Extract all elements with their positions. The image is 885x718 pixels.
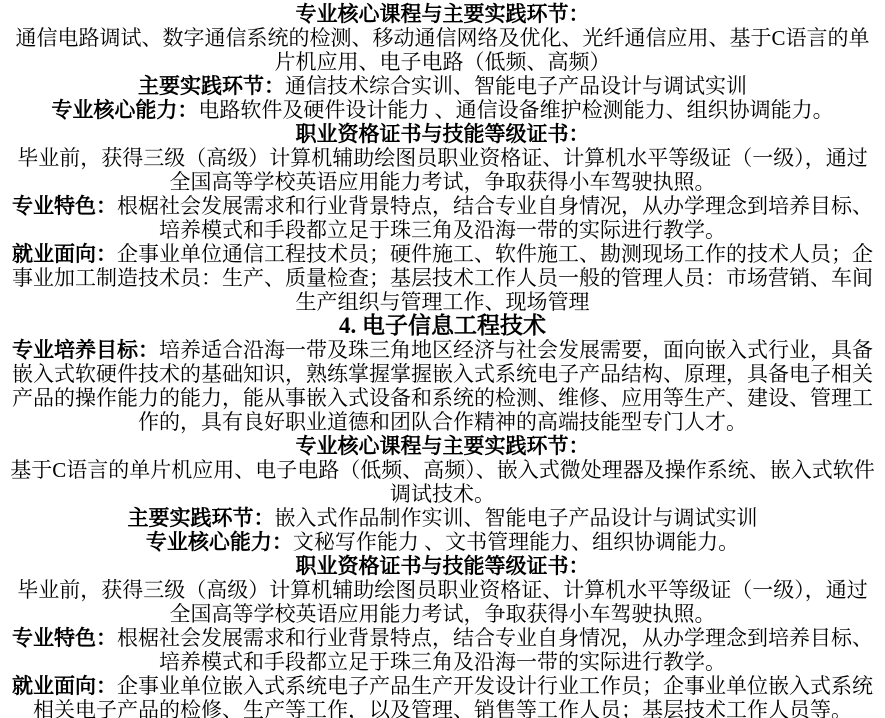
bold-label: 就业面向： bbox=[12, 674, 117, 698]
paragraph-core-abilities-1: 专业核心能力：电路软件及硬件设计能力 、通信设备维护检测能力、组织协调能力。 bbox=[7, 98, 878, 122]
paragraph-core-abilities-2: 专业核心能力：文秘写作能力 、文书管理能力、组织协调能力。 bbox=[7, 530, 878, 554]
body-text: 根椐社会发展需求和行业背景特点，结合专业自身情况，从办学理念到培养目标、培养模式… bbox=[117, 626, 873, 674]
body-text: 毕业前，获得三级（高级）计算机辅助绘图员职业资格证、计算机水平等级证（一级），通… bbox=[17, 578, 868, 626]
paragraph-core-courses-heading-1: 专业核心课程与主要实践环节： bbox=[7, 2, 878, 26]
paragraph-core-courses-heading-2: 专业核心课程与主要实践环节： bbox=[7, 434, 878, 458]
bold-label: 专业核心能力： bbox=[51, 98, 198, 122]
document-body: 专业核心课程与主要实践环节：通信电路调试、数字通信系统的检测、移动通信网络及优化… bbox=[0, 0, 885, 718]
bold-label: 职业资格证书与技能等级证书： bbox=[296, 122, 590, 146]
paragraph-practice-links-1: 主要实践环节：通信技术综合实训、智能电子产品设计与调试实训 bbox=[7, 74, 878, 98]
body-text: 通信电路调试、数字通信系统的检测、移动通信网络及优化、光纤通信应用、基于C语言的… bbox=[15, 26, 869, 74]
bold-label: 4. 电子信息工程技术 bbox=[339, 313, 546, 338]
paragraph-core-courses-list-1: 通信电路调试、数字通信系统的检测、移动通信网络及优化、光纤通信应用、基于C语言的… bbox=[7, 26, 878, 74]
bold-label: 专业特色： bbox=[12, 194, 117, 218]
paragraph-employment-2: 就业面向：企事业单位嵌入式系统电子产品生产开发设计行业工作员；企事业单位嵌入式系… bbox=[7, 674, 878, 718]
bold-label: 专业培养目标： bbox=[12, 338, 159, 362]
body-text: 基于C语言的单片机应用、电子电路（低频、高频）、嵌入式微处理器及操作系统、嵌入式… bbox=[10, 458, 875, 506]
body-text: 企事业单位嵌入式系统电子产品生产开发设计行业工作员；企事业单位嵌入式系统相关电子… bbox=[33, 674, 873, 718]
bold-label: 专业核心能力： bbox=[146, 530, 293, 554]
paragraph-certificates-body-1: 毕业前，获得三级（高级）计算机辅助绘图员职业资格证、计算机水平等级证（一级），通… bbox=[7, 146, 878, 194]
bold-label: 专业核心课程与主要实践环节： bbox=[296, 434, 590, 458]
paragraph-training-objectives: 专业培养目标：培养适合沿海一带及珠三角地区经济与社会发展需要，面向嵌入式行业，具… bbox=[7, 338, 878, 434]
body-text: 根椐社会发展需求和行业背景特点，结合专业自身情况，从办学理念到培养目标、培养模式… bbox=[117, 194, 873, 242]
paragraph-features-2: 专业特色：根椐社会发展需求和行业背景特点，结合专业自身情况，从办学理念到培养目标… bbox=[7, 626, 878, 674]
paragraph-practice-links-2: 主要实践环节：嵌入式作品制作实训、智能电子产品设计与调试实训 bbox=[7, 506, 878, 530]
paragraph-employment-1: 就业面向：企事业单位通信工程技术员；硬件施工、软件施工、勘测现场工作的技术人员；… bbox=[7, 242, 878, 314]
paragraph-section-heading-electronic-information: 4. 电子信息工程技术 bbox=[7, 314, 878, 338]
paragraph-certificates-body-2: 毕业前，获得三级（高级）计算机辅助绘图员职业资格证、计算机水平等级证（一级），通… bbox=[7, 578, 878, 626]
body-text: 嵌入式作品制作实训、智能电子产品设计与调试实训 bbox=[275, 506, 758, 530]
body-text: 文秘写作能力 、文书管理能力、组织协调能力。 bbox=[293, 530, 739, 554]
bold-label: 主要实践环节： bbox=[138, 74, 285, 98]
body-text: 电路软件及硬件设计能力 、通信设备维护检测能力、组织协调能力。 bbox=[198, 98, 833, 122]
paragraph-certificates-heading-2: 职业资格证书与技能等级证书： bbox=[7, 554, 878, 578]
bold-label: 职业资格证书与技能等级证书： bbox=[296, 554, 590, 578]
document-page: { "colors": { "background": "#ffffff", "… bbox=[0, 0, 885, 718]
paragraph-certificates-heading-1: 职业资格证书与技能等级证书： bbox=[7, 122, 878, 146]
bold-label: 专业核心课程与主要实践环节： bbox=[296, 2, 590, 26]
body-text: 企事业单位通信工程技术员；硬件施工、软件施工、勘测现场工作的技术人员；企事业加工… bbox=[12, 242, 873, 314]
paragraph-features-1: 专业特色：根椐社会发展需求和行业背景特点，结合专业自身情况，从办学理念到培养目标… bbox=[7, 194, 878, 242]
paragraph-core-courses-list-2: 基于C语言的单片机应用、电子电路（低频、高频）、嵌入式微处理器及操作系统、嵌入式… bbox=[7, 458, 878, 506]
bold-label: 就业面向： bbox=[12, 242, 117, 266]
bold-label: 主要实践环节： bbox=[128, 506, 275, 530]
bold-label: 专业特色： bbox=[12, 626, 117, 650]
body-text: 毕业前，获得三级（高级）计算机辅助绘图员职业资格证、计算机水平等级证（一级），通… bbox=[17, 146, 868, 194]
body-text: 通信技术综合实训、智能电子产品设计与调试实训 bbox=[285, 74, 747, 98]
